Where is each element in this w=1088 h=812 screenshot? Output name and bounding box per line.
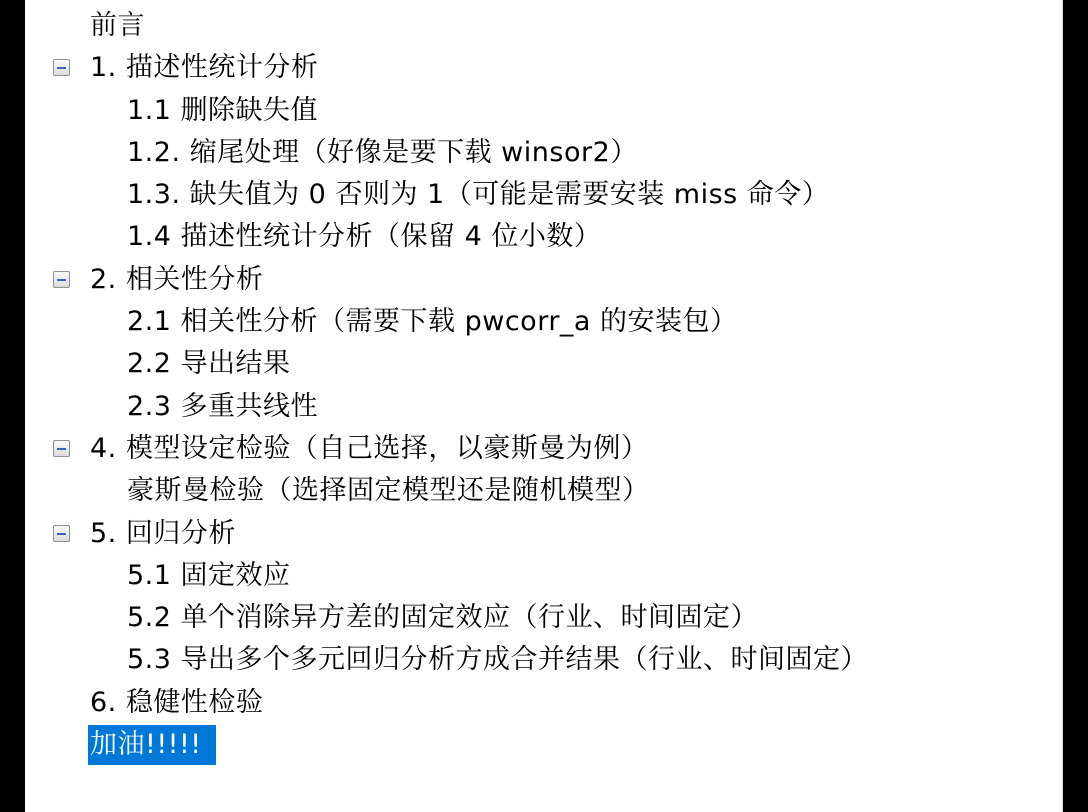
outline-item-1-2[interactable]: 1.2. 缩尾处理（好像是要下载 winsor2）: [25, 132, 870, 174]
outline-item-2-3[interactable]: 2.3 多重共线性: [25, 386, 870, 428]
collapse-toggle-icon[interactable]: [53, 440, 70, 457]
outline-item-label[interactable]: 5.2 单个消除异方差的固定效应（行业、时间固定）: [125, 597, 760, 639]
outline-item-2-1[interactable]: 2.1 相关性分析（需要下载 pwcorr_a 的安装包）: [25, 301, 870, 343]
outline-item-label[interactable]: 6. 稳健性检验: [88, 682, 265, 724]
outline-item-label[interactable]: 1.3. 缺失值为 0 否则为 1（可能是需要安装 miss 命令）: [125, 174, 831, 216]
outline-item-5-2[interactable]: 5.2 单个消除异方差的固定效应（行业、时间固定）: [25, 597, 870, 639]
outline-item-2-2[interactable]: 2.2 导出结果: [25, 343, 870, 385]
outline-item-selected[interactable]: 加油!!!!!: [25, 724, 870, 766]
outline-item-label[interactable]: 2.2 导出结果: [125, 343, 293, 385]
outline-item-5-3[interactable]: 5.3 导出多个多元回归分析方成合并结果（行业、时间固定）: [25, 639, 870, 681]
outline-item-5-1[interactable]: 5.1 固定效应: [25, 555, 870, 597]
collapse-toggle-icon[interactable]: [53, 271, 70, 288]
outline-panel: 前言 1. 描述性统计分析 1.1 删除缺失值 1.2. 缩尾处理（好像是要下载…: [25, 0, 1063, 812]
collapse-toggle-icon[interactable]: [53, 59, 70, 76]
outline-item-label[interactable]: 1.2. 缩尾处理（好像是要下载 winsor2）: [125, 132, 640, 174]
outline-item-label[interactable]: 5.3 导出多个多元回归分析方成合并结果（行业、时间固定）: [125, 639, 870, 681]
outline-item-1-1[interactable]: 1.1 删除缺失值: [25, 90, 870, 132]
outline-item-label[interactable]: 5.1 固定效应: [125, 555, 293, 597]
outline-item-section-4[interactable]: 4. 模型设定检验（自己选择，以豪斯曼为例）: [25, 428, 870, 470]
outline-item-hausman[interactable]: 豪斯曼检验（选择固定模型还是随机模型）: [25, 470, 870, 512]
outline-item-section-5[interactable]: 5. 回归分析: [25, 513, 870, 555]
outline-item-label[interactable]: 豪斯曼检验（选择固定模型还是随机模型）: [125, 470, 652, 512]
collapse-toggle-icon[interactable]: [53, 525, 70, 542]
outline-item-label[interactable]: 前言: [88, 5, 147, 47]
outline-item-1-4[interactable]: 1.4 描述性统计分析（保留 4 位小数）: [25, 216, 870, 258]
outline-item-section-6[interactable]: 6. 稳健性检验: [25, 682, 870, 724]
outline-item-label[interactable]: 2.3 多重共线性: [125, 386, 320, 428]
outline-item-label[interactable]: 1.4 描述性统计分析（保留 4 位小数）: [125, 216, 603, 258]
outline-item-label[interactable]: 1.1 删除缺失值: [125, 90, 320, 132]
outline-item-section-1[interactable]: 1. 描述性统计分析: [25, 47, 870, 89]
outline-item-1-3[interactable]: 1.3. 缺失值为 0 否则为 1（可能是需要安装 miss 命令）: [25, 174, 870, 216]
outline-item-label[interactable]: 4. 模型设定检验（自己选择，以豪斯曼为例）: [88, 428, 650, 470]
outline-item-section-2[interactable]: 2. 相关性分析: [25, 259, 870, 301]
outline-item-label[interactable]: 2.1 相关性分析（需要下载 pwcorr_a 的安装包）: [125, 301, 740, 343]
outline-item-label[interactable]: 1. 描述性统计分析: [88, 47, 320, 89]
outline-item-label[interactable]: 2. 相关性分析: [88, 259, 265, 301]
outline-item-label[interactable]: 5. 回归分析: [88, 513, 238, 555]
outline-item-label-selected[interactable]: 加油!!!!!: [88, 725, 216, 765]
outline-tree: 前言 1. 描述性统计分析 1.1 删除缺失值 1.2. 缩尾处理（好像是要下载…: [25, 5, 870, 766]
outline-item-preface[interactable]: 前言: [25, 5, 870, 47]
